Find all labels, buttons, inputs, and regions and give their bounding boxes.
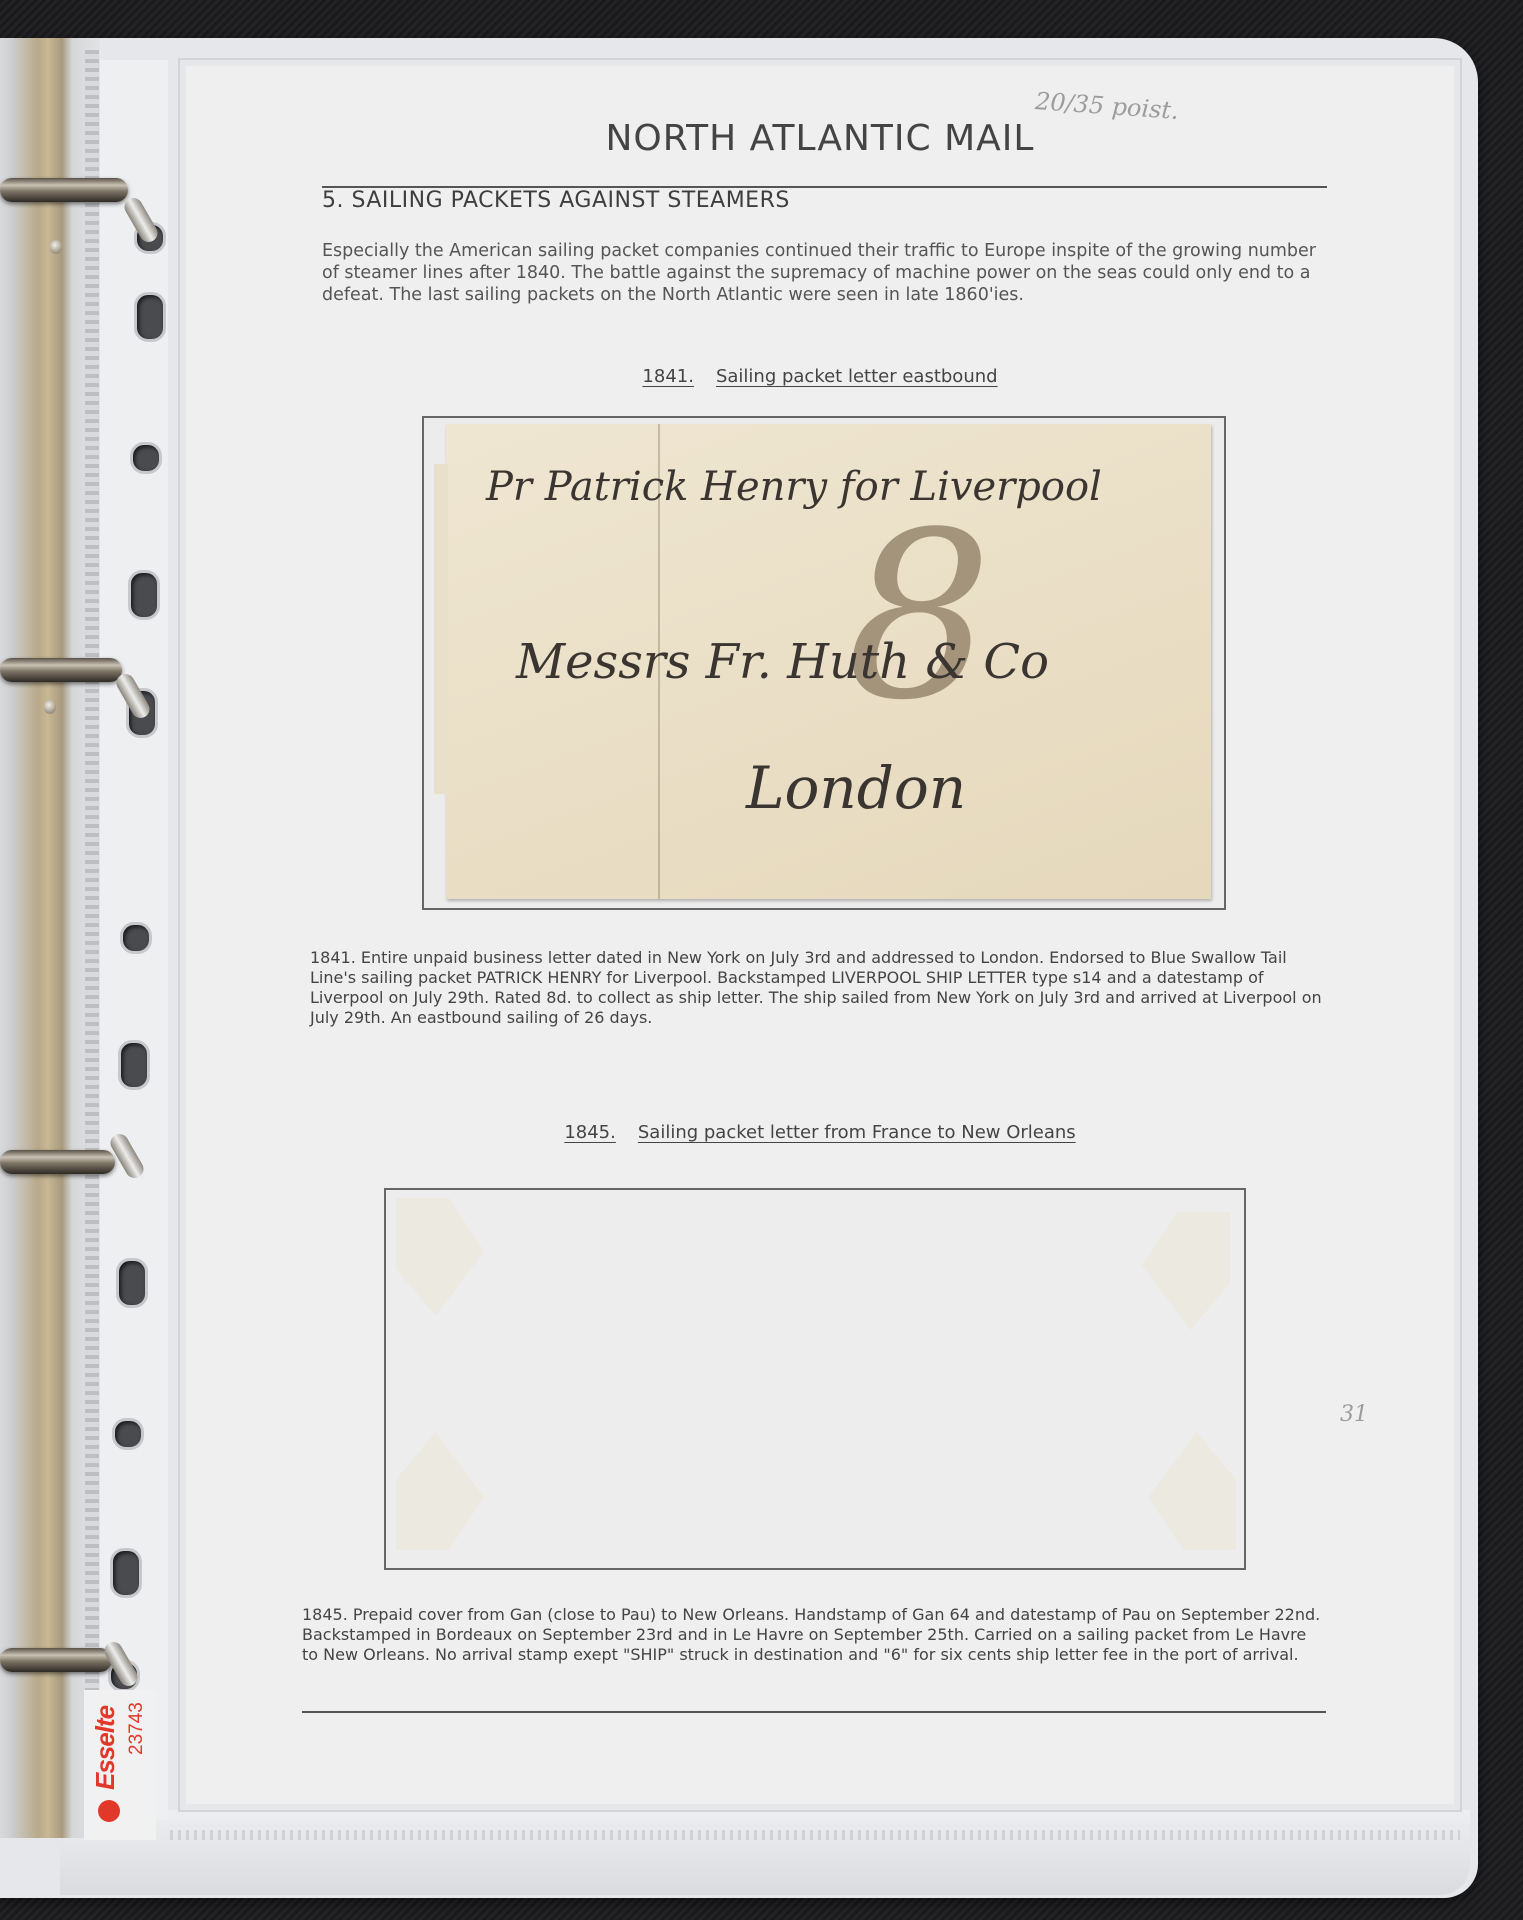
punch-hole: [110, 1548, 142, 1598]
cover-frame-1845-empty: [384, 1188, 1246, 1570]
punch-hole: [128, 570, 160, 620]
sleeve-bottom-edge: [60, 1810, 1470, 1895]
album-page: 20/35 poist. NORTH ATLANTIC MAIL 5. SAIL…: [178, 58, 1462, 1812]
cover-endorsement: Pr Patrick Henry for Liverpool: [486, 464, 1102, 510]
cover-frame-1841: Pr Patrick Henry for Liverpool 8 Messrs …: [422, 416, 1226, 910]
product-code: 23743: [126, 1702, 148, 1755]
pencil-note-side: 31: [1340, 1402, 1368, 1427]
mount-corner-bottom-right: [1148, 1432, 1236, 1550]
section-heading: 5. SAILING PACKETS AGAINST STEAMERS: [322, 188, 790, 213]
cover-caption-1841: 1841. Entire unpaid business letter date…: [310, 948, 1322, 1028]
cover-1841-entire-letter: Pr Patrick Henry for Liverpool 8 Messrs …: [446, 424, 1211, 899]
item-title: Sailing packet letter eastbound: [716, 366, 998, 387]
item-heading-1841: 1841.Sailing packet letter eastbound: [180, 366, 1460, 387]
punch-hole: [118, 1040, 150, 1090]
sleeve-perforated-edge: [85, 50, 99, 1830]
esselte-logo-icon: [98, 1800, 120, 1822]
punch-hole: [130, 442, 162, 474]
page-title: NORTH ATLANTIC MAIL: [180, 118, 1460, 159]
cover-caption-1845: 1845. Prepaid cover from Gan (close to P…: [302, 1605, 1326, 1665]
binder-rivet: [50, 240, 62, 254]
cover-rate-mark: 8: [846, 484, 992, 751]
binder-rivet: [44, 700, 56, 714]
binder-ring: [0, 1648, 112, 1672]
mount-corner-bottom-left: [396, 1432, 484, 1550]
punch-hole: [134, 292, 166, 342]
item-heading-1845: 1845.Sailing packet letter from France t…: [180, 1122, 1460, 1143]
mount-corner-top-left: [396, 1198, 484, 1316]
punch-hole: [112, 1418, 144, 1450]
binder-ring: [0, 178, 128, 202]
cover-flap: [434, 464, 448, 794]
intro-paragraph: Especially the American sailing packet c…: [322, 240, 1322, 306]
mount-corner-top-right: [1142, 1212, 1230, 1330]
cover-city: London: [746, 754, 966, 822]
binder-ring: [0, 1150, 115, 1174]
punch-hole: [116, 1258, 148, 1308]
item-title: Sailing packet letter from France to New…: [638, 1122, 1076, 1143]
punch-hole: [120, 922, 152, 954]
sleeve-weld-seam: [170, 1830, 1460, 1840]
item-year: 1845.: [564, 1122, 616, 1143]
item-year: 1841.: [642, 366, 694, 387]
cover-addressee: Messrs Fr. Huth & Co: [516, 634, 1049, 690]
brand-name: Esselte: [90, 1706, 121, 1790]
binder-ring: [0, 658, 122, 682]
bottom-rule: [302, 1711, 1326, 1713]
